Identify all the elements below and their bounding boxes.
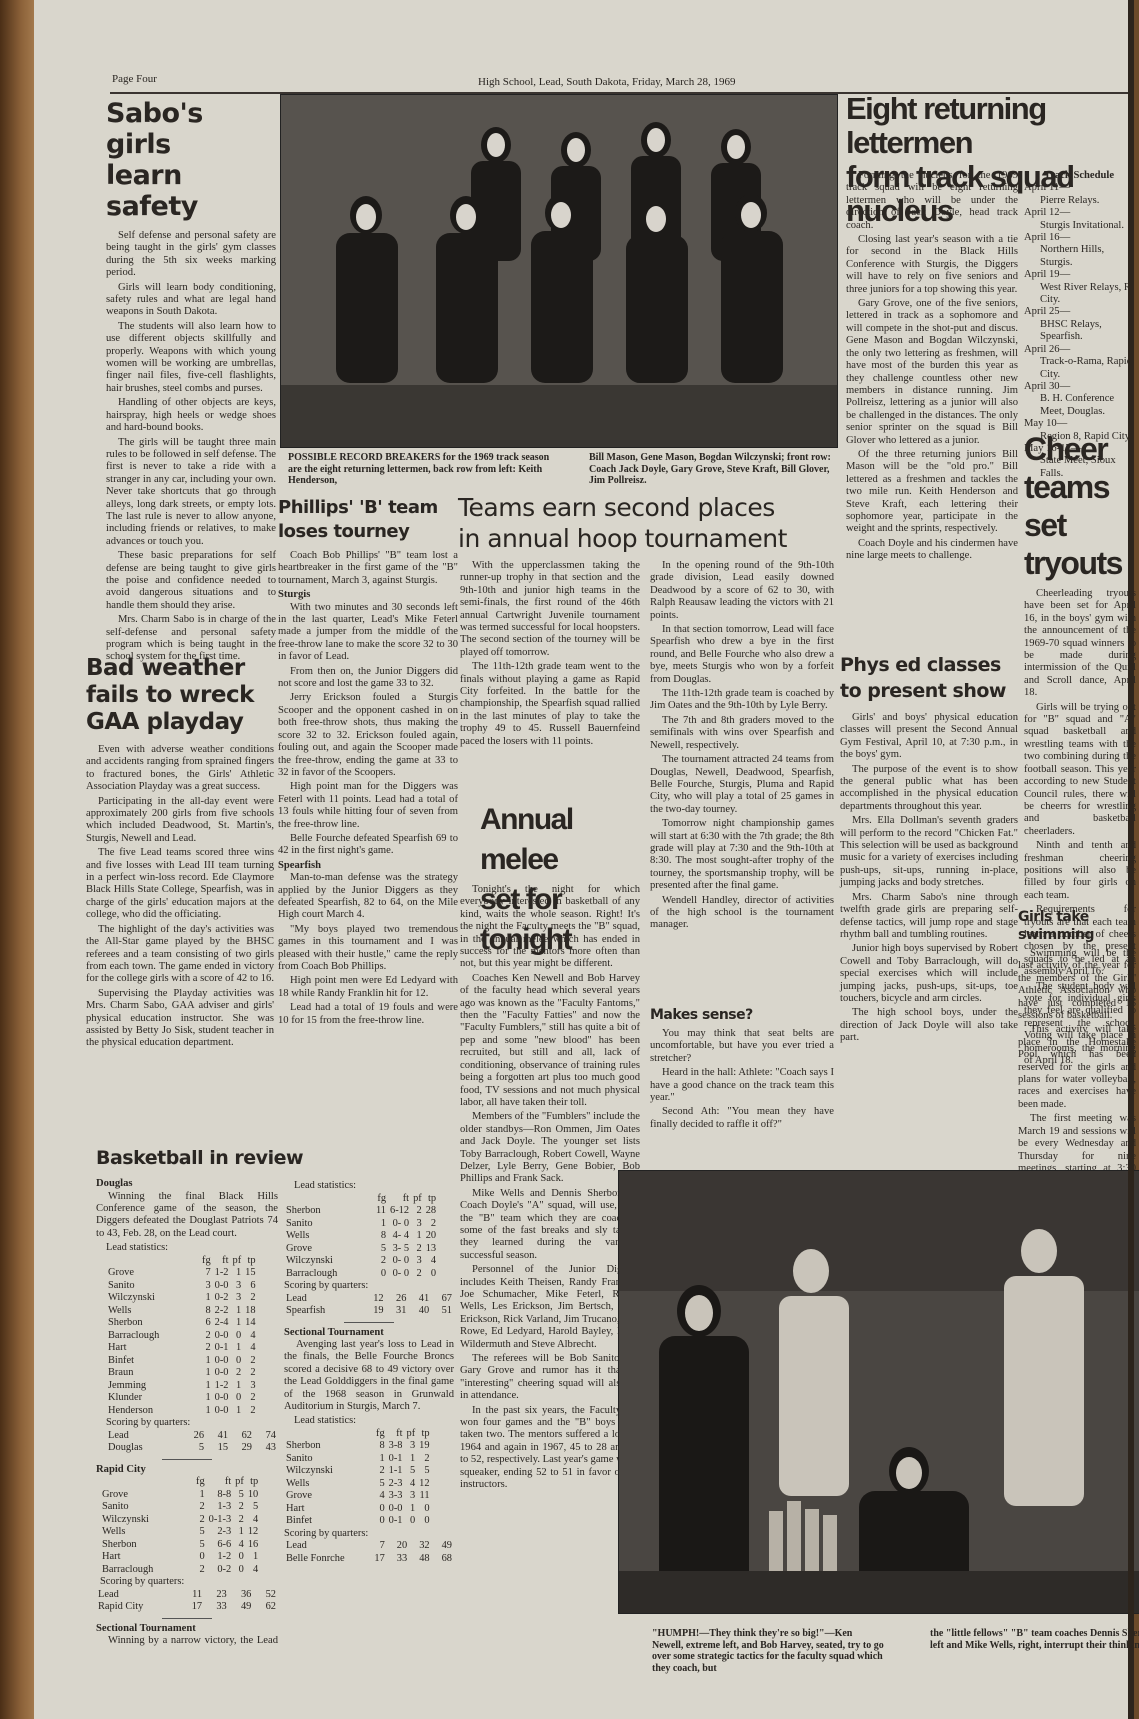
paragraph: High point men were Ed Ledyard with 18 w… bbox=[278, 975, 458, 1000]
stat: 1-2 bbox=[213, 1380, 231, 1393]
quarters-label: Scoring by quarters: bbox=[284, 1528, 454, 1541]
table-row: Klunder10-002 bbox=[106, 1392, 258, 1405]
column-header: ft bbox=[213, 1255, 231, 1268]
paragraph: Cheerleading tryouts have been set for A… bbox=[1024, 588, 1136, 700]
stat: 8 bbox=[374, 1440, 387, 1453]
paragraph: The 11th-12th grade team is coached by J… bbox=[650, 688, 834, 713]
stat: 2 bbox=[243, 1292, 257, 1305]
divider bbox=[162, 1459, 212, 1460]
stat: 0-0 bbox=[213, 1330, 231, 1343]
player-name: Wells bbox=[106, 1305, 200, 1318]
stat: 0 bbox=[417, 1503, 431, 1516]
paragraph: "My boys played two tremendous games in … bbox=[278, 924, 458, 974]
player-name: Grove bbox=[100, 1489, 194, 1502]
stat: 0 bbox=[417, 1515, 431, 1528]
paragraph: Mike Wells and Dennis Sherbon, of Coach … bbox=[460, 1188, 640, 1262]
table-row: Binfet00-100 bbox=[284, 1515, 432, 1528]
table-row: Lead11233652 bbox=[96, 1589, 278, 1602]
paragraph: Winning the final Black Hills Conference… bbox=[96, 1191, 278, 1241]
stat: 0-1-3 bbox=[207, 1514, 234, 1527]
stat: 3-3 bbox=[387, 1490, 405, 1503]
player-name: Henderson bbox=[106, 1405, 200, 1418]
stat: 0 bbox=[231, 1392, 244, 1405]
stat: 2 bbox=[243, 1392, 257, 1405]
schedule-event: BHSC Relays, Spearfish. bbox=[1024, 319, 1134, 344]
stat: 0 bbox=[374, 1268, 388, 1281]
table-row: Spearfish19314051 bbox=[284, 1305, 454, 1318]
paragraph: Of the three returning juniors Bill Maso… bbox=[846, 449, 1018, 536]
stat: 14 bbox=[243, 1317, 257, 1330]
stat: 1 bbox=[231, 1305, 244, 1318]
article-body: Self defense and personal safety are bei… bbox=[106, 230, 276, 664]
paragraph: Mrs. Charm Sabo's nine through twelfth g… bbox=[840, 892, 1018, 942]
stat: 1 bbox=[200, 1355, 213, 1368]
player-name: Sanito bbox=[284, 1218, 374, 1231]
table-row: Wilczynski20- 034 bbox=[284, 1255, 438, 1268]
dateline: High School, Lead, South Dakota, Friday,… bbox=[478, 76, 735, 88]
paragraph: The girls will be taught three main rule… bbox=[106, 437, 276, 549]
makes-sense-article: Makes sense? You may think that seat bel… bbox=[650, 1006, 834, 1133]
stats-table: fgftpftp Grove71-2115 Sanito30-036 Wilcz… bbox=[106, 1255, 258, 1418]
stat: 6-12 bbox=[388, 1205, 411, 1218]
player-name: Binfet bbox=[106, 1355, 200, 1368]
stat: 4 bbox=[246, 1564, 260, 1577]
paragraph: The 7th and 8th graders moved to the sem… bbox=[650, 715, 834, 752]
schedule-item: April 26—Track-o-Rama, Rapid City. bbox=[1024, 344, 1134, 381]
stat: 6-6 bbox=[207, 1539, 234, 1552]
stat: 0 bbox=[233, 1551, 246, 1564]
paragraph: Belle Fourche defeated Spearfish 69 to 4… bbox=[278, 833, 458, 858]
page-label: Page Four bbox=[112, 73, 157, 85]
stat: 0 bbox=[405, 1515, 418, 1528]
paragraph: Jerry Erickson fouled a Sturgis Scooper … bbox=[278, 692, 458, 779]
stat: 2 bbox=[411, 1243, 424, 1256]
article-body: Girls' and boys' physical education clas… bbox=[840, 712, 1018, 1045]
column-header: tp bbox=[246, 1476, 260, 1489]
column-header: pf bbox=[411, 1193, 424, 1206]
stat: 0 bbox=[374, 1503, 387, 1516]
headline-line: Teams earn second places bbox=[458, 492, 838, 523]
stat: 12 bbox=[246, 1526, 260, 1539]
stat: 2 bbox=[233, 1514, 246, 1527]
table-row: Sanito30-036 bbox=[106, 1280, 258, 1293]
stat: 1 bbox=[200, 1392, 213, 1405]
stat: 0-0 bbox=[213, 1405, 231, 1418]
paragraph: The five Lead teams scored three wins an… bbox=[86, 847, 274, 921]
stat: 3 bbox=[231, 1280, 244, 1293]
paragraph: Forming the nucleus for the 1969 track s… bbox=[846, 170, 1018, 232]
table-row: Hart20-114 bbox=[106, 1342, 258, 1355]
stat: 2 bbox=[194, 1564, 207, 1577]
sabo-article: Sabo's girls learn safety Self defense a… bbox=[106, 98, 276, 666]
table-row: Barraclough00- 020 bbox=[284, 1268, 438, 1281]
stat: 3 bbox=[200, 1280, 213, 1293]
paragraph: Even with adverse weather conditions and… bbox=[86, 744, 274, 794]
stat: 8 bbox=[374, 1230, 388, 1243]
paragraph: These basic preparations for self defens… bbox=[106, 550, 276, 612]
player-name: Wells bbox=[284, 1230, 374, 1243]
quarters-label: Scoring by quarters: bbox=[96, 1417, 278, 1430]
hoop-body-col2: In the opening round of the 9th-10th gra… bbox=[650, 560, 834, 934]
stat: 2 bbox=[243, 1405, 257, 1418]
stat: 1-3 bbox=[207, 1501, 234, 1514]
player-name: Hart bbox=[106, 1342, 200, 1355]
stat: 0-0 bbox=[213, 1280, 231, 1293]
stat: 1-2 bbox=[213, 1267, 231, 1280]
score: 68 bbox=[432, 1553, 454, 1566]
coaches-silhouettes-icon bbox=[619, 1171, 1139, 1613]
stat: 2 bbox=[231, 1367, 244, 1380]
player-name: Hart bbox=[284, 1503, 374, 1516]
quarters-label: Scoring by quarters: bbox=[284, 1280, 454, 1293]
subhead: Sectional Tournament bbox=[284, 1327, 454, 1340]
schedule-item: April 19—West River Relays, R. City. bbox=[1024, 269, 1134, 306]
stat: 5 bbox=[417, 1465, 431, 1478]
divider bbox=[344, 1322, 394, 1323]
score: 29 bbox=[230, 1442, 254, 1455]
table-row: Sherbon62-4114 bbox=[106, 1317, 258, 1330]
table-row: Rapid City17334962 bbox=[96, 1601, 278, 1614]
headline: Bad weather fails to wreck GAA playday bbox=[86, 655, 274, 736]
stat: 0 bbox=[374, 1515, 387, 1528]
sectional-section: Lead statistics: fgftpftp Sherbon116-122… bbox=[284, 1180, 454, 1565]
stat: 4 bbox=[243, 1330, 257, 1343]
stat: 2 bbox=[374, 1465, 387, 1478]
team-name: Lead bbox=[284, 1293, 363, 1306]
faculty-coaches-photo bbox=[618, 1170, 1139, 1614]
stat: 3 bbox=[405, 1490, 418, 1503]
schedule-date: April 26— bbox=[1024, 344, 1134, 356]
column-header: ft bbox=[388, 1193, 411, 1206]
stat: 0- 0 bbox=[388, 1255, 411, 1268]
table-row: Sanito21-325 bbox=[100, 1501, 260, 1514]
paragraph: Self defense and personal safety are bei… bbox=[106, 230, 276, 280]
column-header: pf bbox=[231, 1255, 244, 1268]
headline: Phys ed classes to present show bbox=[840, 652, 1018, 704]
paragraph: Junior high boys supervised by Robert Co… bbox=[840, 943, 1018, 1005]
stat: 1 bbox=[405, 1453, 418, 1466]
player-name: Barraclough bbox=[284, 1268, 374, 1281]
stat: 5 bbox=[246, 1501, 260, 1514]
stat: 0-1 bbox=[387, 1453, 405, 1466]
stat: 7 bbox=[200, 1267, 213, 1280]
stat: 0- 0 bbox=[388, 1268, 411, 1281]
paragraph: Heard in the hall: Athlete: "Coach says … bbox=[650, 1067, 834, 1104]
divider bbox=[162, 1618, 212, 1619]
team-name: Lead bbox=[284, 1540, 364, 1553]
score: 15 bbox=[206, 1442, 230, 1455]
schedule-date: April 11— bbox=[1024, 182, 1134, 194]
stat: 2 bbox=[411, 1205, 424, 1218]
stat: 18 bbox=[243, 1305, 257, 1318]
score: 62 bbox=[253, 1601, 278, 1614]
score: 52 bbox=[253, 1589, 278, 1602]
schedule-event: B. H. Conference Meet, Douglas. bbox=[1024, 393, 1134, 418]
stat: 8 bbox=[200, 1305, 213, 1318]
stat: 1 bbox=[231, 1380, 244, 1393]
stat: 1-2 bbox=[207, 1551, 234, 1564]
paragraph: Closing last year's season with a tie fo… bbox=[846, 234, 1018, 296]
headline: Girls take swimming bbox=[1018, 908, 1136, 944]
table-row: Wells52-3112 bbox=[100, 1526, 260, 1539]
stat: 3 bbox=[405, 1440, 418, 1453]
player-name: Wilczynski bbox=[284, 1465, 374, 1478]
stat: 2-2 bbox=[213, 1305, 231, 1318]
track-photo-caption-right: Bill Mason, Gene Mason, Bogdan Wilczynsk… bbox=[589, 452, 834, 487]
stat: 1 bbox=[231, 1405, 244, 1418]
paragraph: Coach Bob Phillips' "B" team lost a hear… bbox=[278, 550, 458, 587]
column-header: fg bbox=[194, 1476, 207, 1489]
stats-label: Lead statistics: bbox=[96, 1242, 278, 1255]
table-row: Grove43-3311 bbox=[284, 1490, 432, 1503]
stat: 0 bbox=[231, 1355, 244, 1368]
team-name: Lead bbox=[106, 1430, 182, 1443]
subhead: Rapid City bbox=[96, 1464, 278, 1477]
player-name: Wilczynski bbox=[284, 1255, 374, 1268]
team-name: Lead bbox=[96, 1589, 179, 1602]
table-row: Barraclough20-004 bbox=[106, 1330, 258, 1343]
schedule-event: Sturgis Invitational. bbox=[1024, 220, 1134, 232]
stat: 1 bbox=[194, 1489, 207, 1502]
table-row: Jemming11-213 bbox=[106, 1380, 258, 1393]
paragraph: Avenging last year's loss to Lead in the… bbox=[284, 1339, 454, 1413]
stat: 20 bbox=[424, 1230, 438, 1243]
schedule-item: April 30—B. H. Conference Meet, Douglas. bbox=[1024, 381, 1134, 418]
paragraph: With two minutes and 30 seconds left in … bbox=[278, 602, 458, 664]
headline-line: Bad weather bbox=[86, 655, 274, 682]
table-row: Wilczynski20-1-324 bbox=[100, 1514, 260, 1527]
headline: Cheer teams set tryouts bbox=[1024, 430, 1136, 582]
stat: 4 bbox=[374, 1490, 387, 1503]
headline: Makes sense? bbox=[650, 1006, 834, 1024]
stat: 1 bbox=[231, 1267, 244, 1280]
paragraph: From then on, the Junior Diggers did not… bbox=[278, 666, 458, 691]
stat: 1 bbox=[374, 1453, 387, 1466]
stat: 12 bbox=[417, 1478, 431, 1491]
table-row: Grove18-8510 bbox=[100, 1489, 260, 1502]
paragraph: In the past six years, the Faculty has w… bbox=[460, 1405, 640, 1492]
stat: 2 bbox=[200, 1330, 213, 1343]
stat: 11 bbox=[374, 1205, 388, 1218]
paragraph: The 11th-12th grade team went to the fin… bbox=[460, 661, 640, 748]
score: 11 bbox=[179, 1589, 204, 1602]
table-row: Braun10-022 bbox=[106, 1367, 258, 1380]
stat: 5 bbox=[405, 1465, 418, 1478]
track-team-photo bbox=[280, 94, 838, 448]
paragraph: Lead had a total of 19 fouls and were 10… bbox=[278, 1002, 458, 1027]
paragraph: In that section tomorrow, Lead will face… bbox=[650, 624, 834, 686]
headline-line: fails to wreck bbox=[86, 682, 274, 709]
table-row: Barraclough20-204 bbox=[100, 1564, 260, 1577]
score: 12 bbox=[363, 1293, 386, 1306]
basketball-headline: Basketball in review bbox=[96, 1146, 303, 1170]
score: 43 bbox=[254, 1442, 278, 1455]
paragraph: Tomorrow night championship games will s… bbox=[650, 818, 834, 892]
team-name: Belle Fonrche bbox=[284, 1553, 364, 1566]
stat: 1-1 bbox=[387, 1465, 405, 1478]
column-header: fg bbox=[200, 1255, 213, 1268]
player-name: Sanito bbox=[106, 1280, 200, 1293]
stat: 0 bbox=[194, 1551, 207, 1564]
player-name: Barraclough bbox=[106, 1330, 200, 1343]
column-header: fg bbox=[374, 1428, 387, 1441]
score: 40 bbox=[408, 1305, 431, 1318]
stat: 0-1 bbox=[387, 1515, 405, 1528]
paragraph: Tonight's the night for which everybody … bbox=[460, 884, 640, 971]
table-row: Binfet10-002 bbox=[106, 1355, 258, 1368]
stat: 2-3 bbox=[387, 1478, 405, 1491]
paragraph: Members of the "Fumblers" include the ol… bbox=[460, 1111, 640, 1185]
score: 51 bbox=[431, 1305, 454, 1318]
stat: 0- 0 bbox=[388, 1218, 411, 1231]
stat: 0-2 bbox=[207, 1564, 234, 1577]
score: 33 bbox=[387, 1553, 409, 1566]
paragraph: The highlight of the day's activities wa… bbox=[86, 924, 274, 986]
gaa-article: Bad weather fails to wreck GAA playday E… bbox=[86, 655, 274, 1052]
paragraph: With the upperclassmen taking the runner… bbox=[460, 560, 640, 659]
stat: 2 bbox=[417, 1453, 431, 1466]
score: 19 bbox=[363, 1305, 386, 1318]
stats-table: fgftpftp Grove18-8510 Sanito21-325 Wilcz… bbox=[100, 1476, 260, 1576]
score: 31 bbox=[386, 1305, 409, 1318]
headline-line: Annual melee bbox=[480, 800, 640, 880]
score: 41 bbox=[206, 1430, 230, 1443]
stat: 0 bbox=[233, 1564, 246, 1577]
stat: 19 bbox=[417, 1440, 431, 1453]
schedule-event: Northern Hills, Sturgis. bbox=[1024, 244, 1134, 269]
table-row: Sherbon83-8319 bbox=[284, 1440, 432, 1453]
stat: 11 bbox=[417, 1490, 431, 1503]
page-gutter bbox=[1128, 0, 1134, 1719]
score: 36 bbox=[229, 1589, 254, 1602]
table-row: Sanito10- 032 bbox=[284, 1218, 438, 1231]
paragraph: Second Ath: "You mean they have finally … bbox=[650, 1106, 834, 1131]
score: 41 bbox=[408, 1293, 431, 1306]
stat: 2-3 bbox=[207, 1526, 234, 1539]
paragraph: Participating in the all-day event were … bbox=[86, 796, 274, 846]
schedule-date: April 12— bbox=[1024, 207, 1134, 219]
subhead: Douglas bbox=[96, 1178, 278, 1191]
schedule-item: April 11—Pierre Relays. bbox=[1024, 182, 1134, 207]
schedule-event: Track-o-Rama, Rapid City. bbox=[1024, 356, 1134, 381]
schedule-date: May 10— bbox=[1024, 418, 1134, 430]
table-row: Wilczynski10-232 bbox=[106, 1292, 258, 1305]
player-name: Wells bbox=[284, 1478, 374, 1491]
paragraph: In the opening round of the 9th-10th gra… bbox=[650, 560, 834, 622]
stat: 2 bbox=[233, 1501, 246, 1514]
subhead: Sturgis bbox=[278, 589, 458, 601]
headline: Phillips' 'B' team loses tourney bbox=[278, 496, 458, 544]
column-header: tp bbox=[417, 1428, 431, 1441]
stat: 5 bbox=[194, 1539, 207, 1552]
stat: 0-2 bbox=[213, 1292, 231, 1305]
hoop-headline: Teams earn second places in annual hoop … bbox=[458, 492, 838, 554]
headline-line: learn safety bbox=[106, 160, 276, 222]
headline-line: in annual hoop tournament bbox=[458, 523, 838, 554]
stat: 5 bbox=[374, 1243, 388, 1256]
stat: 3 bbox=[411, 1255, 424, 1268]
stat: 3 bbox=[231, 1292, 244, 1305]
stat: 2 bbox=[194, 1501, 207, 1514]
headline-line: set tryouts bbox=[1024, 506, 1136, 582]
paragraph: Gary Grove, one of the five seniors, let… bbox=[846, 298, 1018, 447]
player-name: Sherbon bbox=[284, 1440, 374, 1453]
stat: 1 bbox=[233, 1526, 246, 1539]
player-name: Grove bbox=[284, 1490, 374, 1503]
column-header: tp bbox=[243, 1255, 257, 1268]
player-name: Barraclough bbox=[100, 1564, 194, 1577]
douglas-section: Douglas Winning the final Black Hills Co… bbox=[96, 1178, 278, 1650]
schedule-item: April 12—Sturgis Invitational. bbox=[1024, 207, 1134, 232]
score: 23 bbox=[204, 1589, 229, 1602]
table-row: Lead7203249 bbox=[284, 1540, 454, 1553]
paragraph: Handling of other objects are keys, hair… bbox=[106, 397, 276, 434]
stat: 1 bbox=[231, 1317, 244, 1330]
paragraph: Girls' and boys' physical education clas… bbox=[840, 712, 1018, 762]
paragraph: Mrs. Ella Dollman's seventh graders will… bbox=[840, 815, 1018, 889]
table-header-row: fgftpftp bbox=[106, 1255, 258, 1268]
table-row: Sherbon56-6416 bbox=[100, 1539, 260, 1552]
score: 17 bbox=[364, 1553, 386, 1566]
stat: 16 bbox=[246, 1539, 260, 1552]
score: 5 bbox=[182, 1442, 206, 1455]
quarters-table: Lead12264167 Spearfish19314051 bbox=[284, 1293, 454, 1318]
table-header-row: fgftpftp bbox=[284, 1428, 432, 1441]
track-article-body: Forming the nucleus for the 1969 track s… bbox=[846, 170, 1018, 565]
game-summary: Avenging last year's loss to Lead in the… bbox=[284, 1339, 454, 1413]
subhead: Spearfish bbox=[278, 860, 458, 872]
paragraph: The students will also learn how to use … bbox=[106, 321, 276, 395]
stat: 2 bbox=[411, 1268, 424, 1281]
table-row: Wilczynski21-155 bbox=[284, 1465, 432, 1478]
paragraph: The purpose of the event is to show the … bbox=[840, 764, 1018, 814]
table-row: Wells82-2118 bbox=[106, 1305, 258, 1318]
stat: 0-0 bbox=[213, 1367, 231, 1380]
stat: 0-0 bbox=[213, 1392, 231, 1405]
schedule-date: April 19— bbox=[1024, 269, 1134, 281]
faculty-photo-caption-left: "HUMPH!—They think they're so big!"—Ken … bbox=[652, 1628, 886, 1674]
faculty-photo-caption-right: the "little fellows" "B" team coaches De… bbox=[930, 1628, 1139, 1651]
table-row: Lead26416274 bbox=[106, 1430, 278, 1443]
stat: 0-1 bbox=[213, 1342, 231, 1355]
paragraph: You may think that seat belts are uncomf… bbox=[650, 1028, 834, 1065]
headline-line: Cheer teams bbox=[1024, 430, 1136, 506]
paragraph: Swimming will be the last activity of th… bbox=[1018, 948, 1136, 1022]
stat: 2 bbox=[424, 1218, 438, 1231]
column-header: tp bbox=[424, 1193, 438, 1206]
player-name: Grove bbox=[284, 1243, 374, 1256]
table-row: Henderson10-012 bbox=[106, 1405, 258, 1418]
stat: 5 bbox=[194, 1526, 207, 1539]
player-name: Sherbon bbox=[100, 1539, 194, 1552]
score: 48 bbox=[409, 1553, 431, 1566]
team-name: Rapid City bbox=[96, 1601, 179, 1614]
stat: 1 bbox=[246, 1551, 260, 1564]
table-row: Wells52-3412 bbox=[284, 1478, 432, 1491]
schedule-date: April 30— bbox=[1024, 381, 1134, 393]
stat: 2 bbox=[200, 1342, 213, 1355]
stats-label: Lead statistics: bbox=[284, 1415, 454, 1428]
track-photo-caption-left: POSSIBLE RECORD BREAKERS for the 1969 tr… bbox=[288, 452, 556, 487]
newspaper-page: Page Four High School, Lead, South Dakot… bbox=[34, 0, 1134, 1719]
column-header: pf bbox=[405, 1428, 418, 1441]
schedule-date: April 25— bbox=[1024, 306, 1134, 318]
stat: 2-4 bbox=[213, 1317, 231, 1330]
player-name: Hart bbox=[100, 1551, 194, 1564]
article-body: Even with adverse weather conditions and… bbox=[86, 744, 274, 1050]
game-summary: Winning the final Black Hills Conference… bbox=[96, 1191, 278, 1241]
score: 7 bbox=[364, 1540, 386, 1553]
